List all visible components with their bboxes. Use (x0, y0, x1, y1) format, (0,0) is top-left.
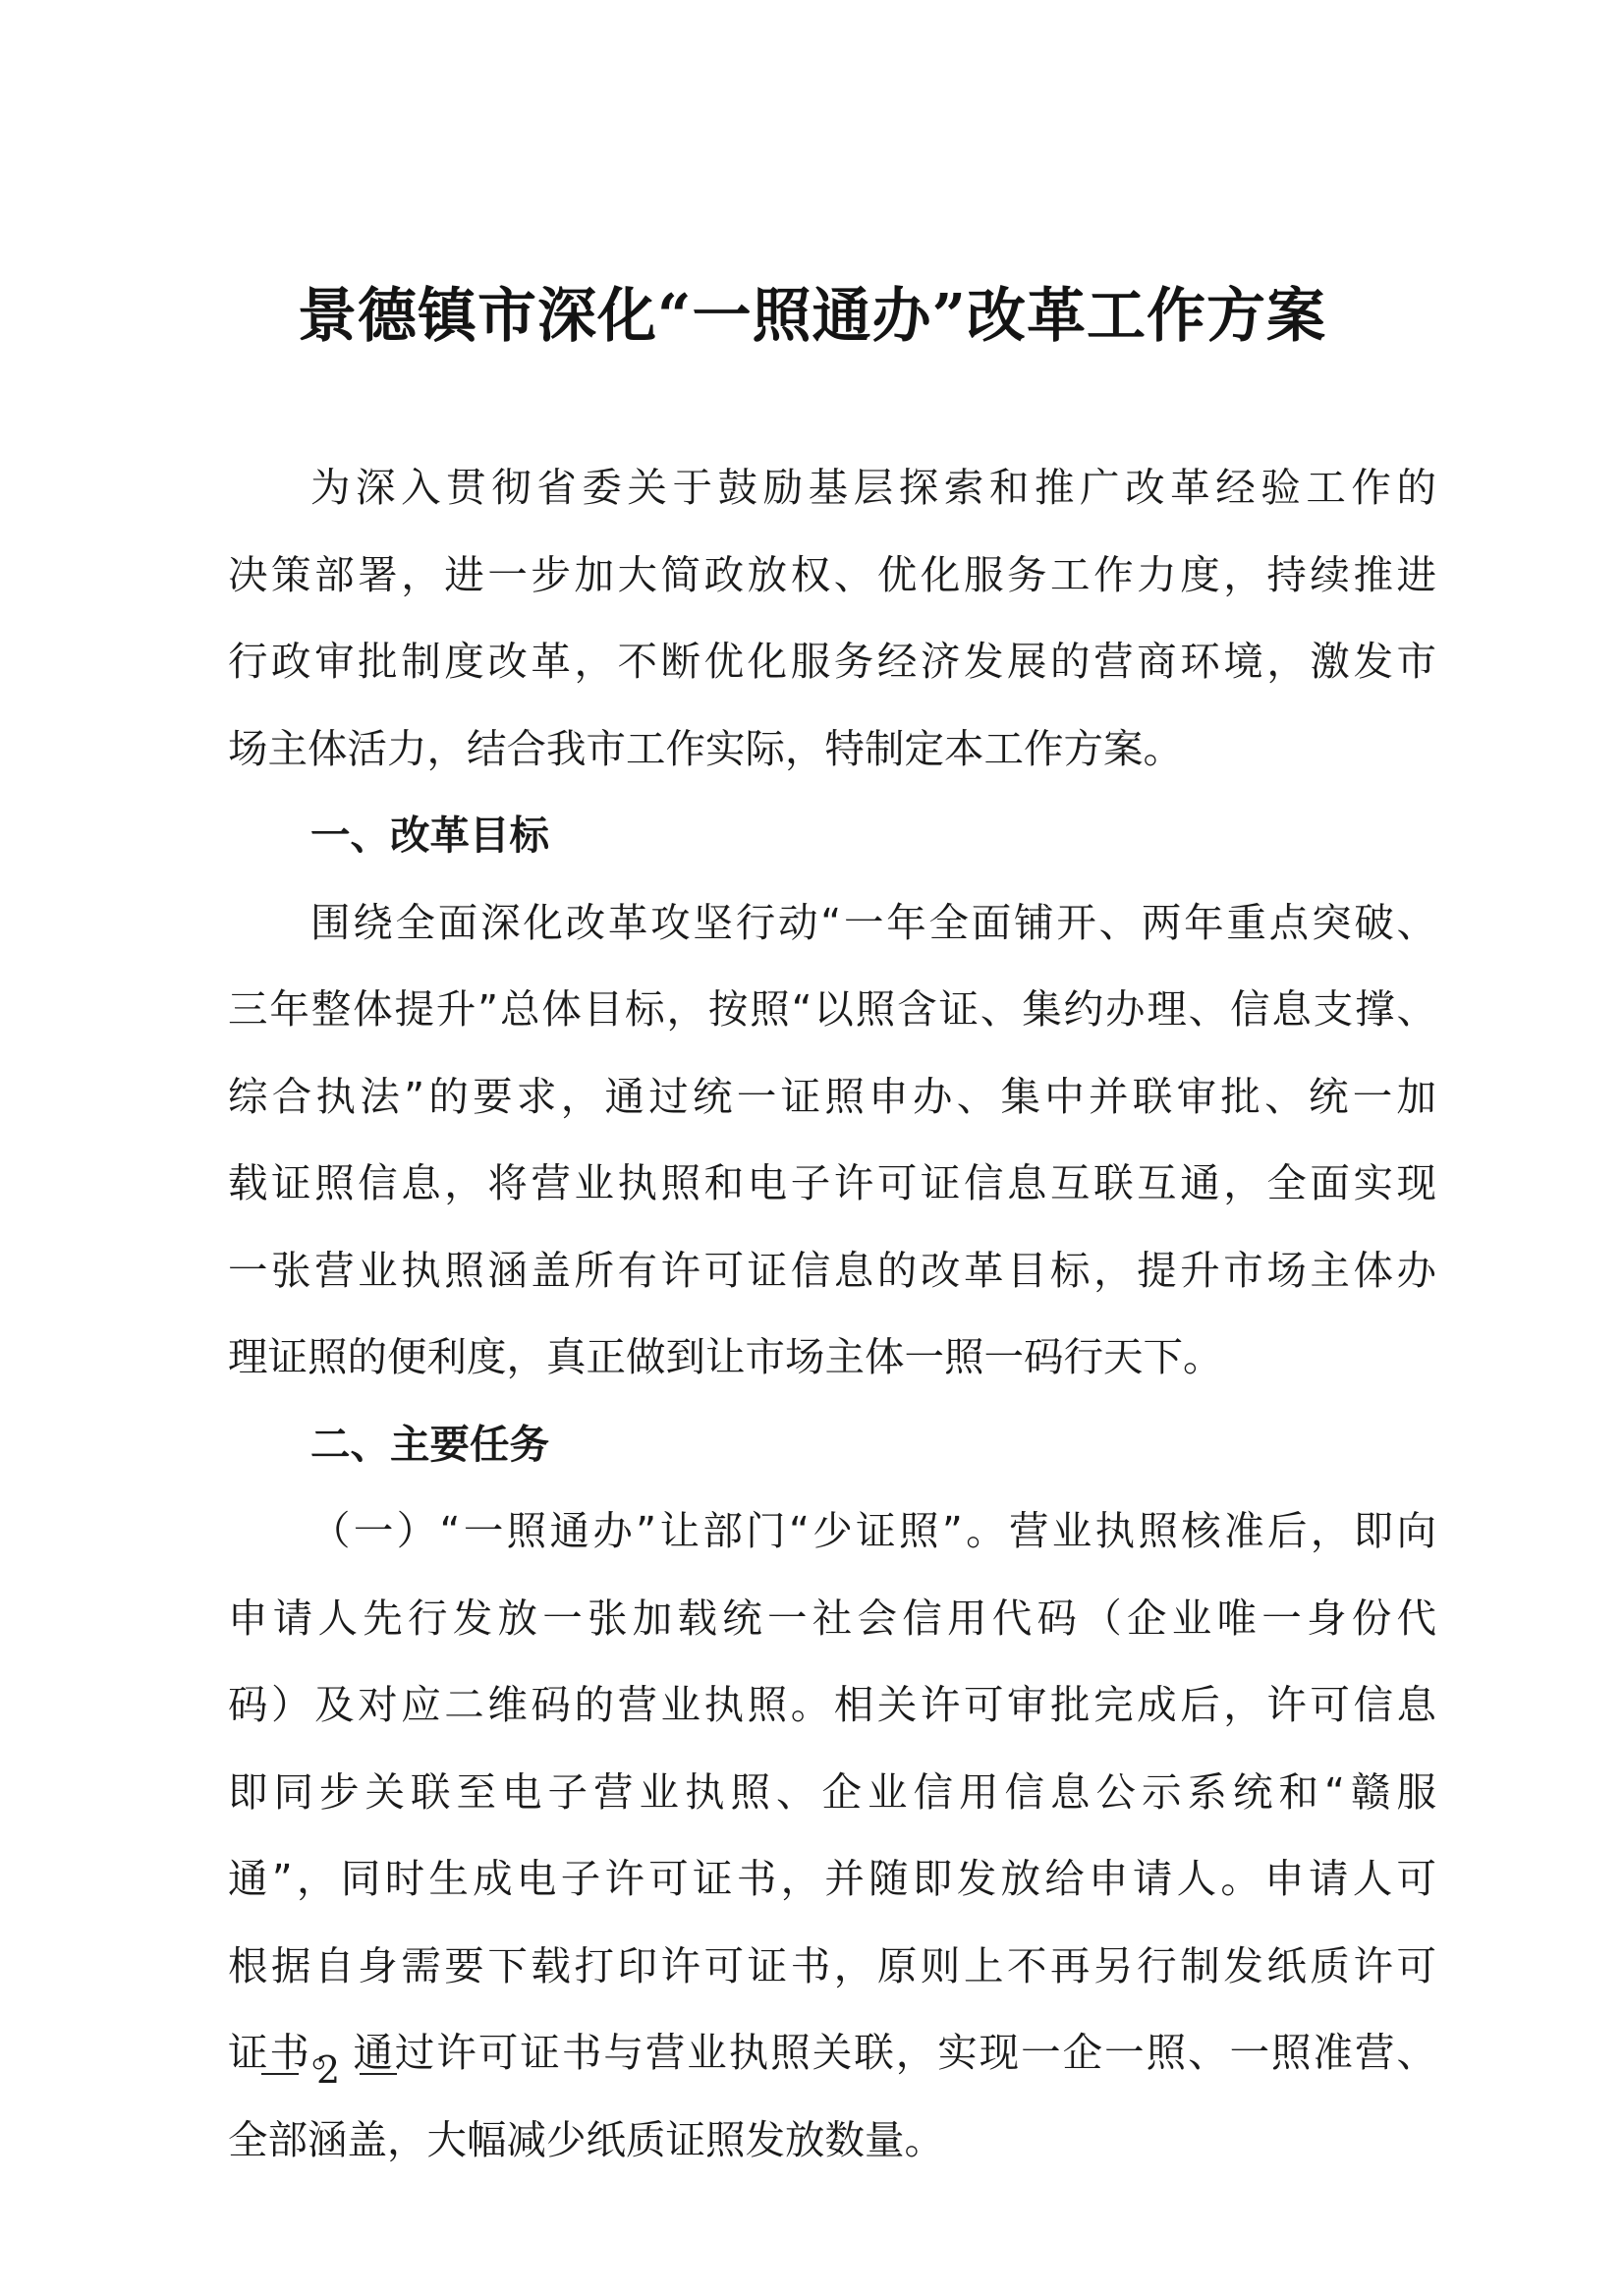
paragraph-line: 场主体活力，结合我市工作实际，特制定本工作方案。 (228, 705, 1436, 793)
paragraph-line: 码）及对应二维码的营业执照。相关许可审批完成后，许可信息 (228, 1661, 1436, 1749)
paragraph-line: 综合执法”的要求，通过统一证照申办、集中并联审批、统一加 (228, 1053, 1436, 1141)
intro-paragraph: 为深入贯彻省委关于鼓励基层探索和推广改革经验工作的 决策部署，进一步加大简政放权… (228, 444, 1436, 792)
paragraph-line: 申请人先行发放一张加载统一社会信用代码（企业唯一身份代 (228, 1575, 1436, 1662)
paragraph-line: 理证照的便利度，真正做到让市场主体一照一码行天下。 (228, 1314, 1436, 1401)
paragraph-line: 即同步关联至电子营业执照、企业信用信息公示系统和“赣服 (228, 1749, 1436, 1836)
page-number-value: 2 (316, 2048, 342, 2092)
paragraph-line: 围绕全面深化改革攻坚行动“一年全面铺开、两年重点突破、 (228, 879, 1436, 967)
dash-left (261, 2073, 299, 2075)
paragraph-line: 决策部署，进一步加大简政放权、优化服务工作力度，持续推进 (228, 532, 1436, 619)
document-page: 景德镇市深化“一照通办”改革工作方案 为深入贯彻省委关于鼓励基层探索和推广改革经… (0, 0, 1624, 2295)
paragraph-line: 一张营业执照涵盖所有许可证信息的改革目标，提升市场主体办 (228, 1227, 1436, 1315)
paragraph-line: 为深入贯彻省委关于鼓励基层探索和推广改革经验工作的 (228, 444, 1436, 532)
dash-right (360, 2073, 397, 2075)
document-title: 景德镇市深化“一照通办”改革工作方案 (0, 277, 1624, 356)
paragraph-line: 行政审批制度改革，不断优化服务经济发展的营商环境，激发市 (228, 618, 1436, 705)
document-body: 为深入贯彻省委关于鼓励基层探索和推广改革经验工作的 决策部署，进一步加大简政放权… (228, 444, 1436, 2183)
paragraph-line: （一）“一照通办”让部门“少证照”。营业执照核准后，即向 (228, 1487, 1436, 1575)
section-heading-main-tasks: 二、主要任务 (228, 1401, 1436, 1488)
paragraph-line: 通”，同时生成电子许可证书，并随即发放给申请人。申请人可 (228, 1835, 1436, 1923)
paragraph-line: 根据自身需要下载打印许可证书，原则上不再另行制发纸质许可 (228, 1923, 1436, 2010)
paragraph-line: 全部涵盖，大幅减少纸质证照发放数量。 (228, 2097, 1436, 2184)
reform-goals-paragraph: 围绕全面深化改革攻坚行动“一年全面铺开、两年重点突破、 三年整体提升”总体目标，… (228, 879, 1436, 1401)
section-heading-reform-goals: 一、改革目标 (228, 792, 1436, 879)
paragraph-line: 三年整体提升”总体目标，按照“以照含证、集约办理、信息支撑、 (228, 966, 1436, 1053)
paragraph-line: 载证照信息，将营业执照和电子许可证信息互联互通，全面实现 (228, 1140, 1436, 1227)
page-number: 2 (244, 2048, 415, 2092)
